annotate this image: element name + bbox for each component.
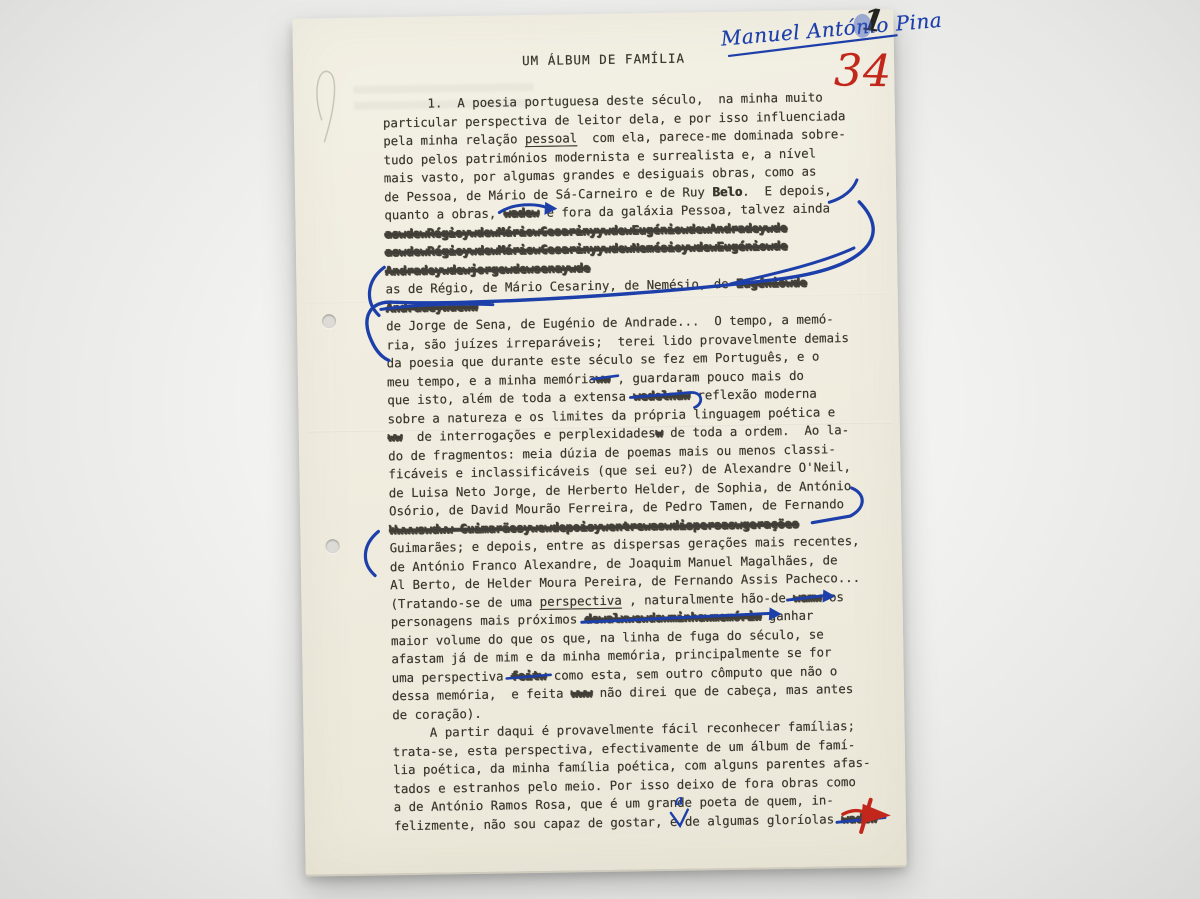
clip-imprint-mark	[317, 71, 336, 142]
blue-paren-line11	[369, 267, 385, 315]
handwritten-archive-number: 34	[834, 45, 893, 97]
typescript-body: 1. A poesia portuguesa deste século, na …	[383, 88, 877, 835]
insertion-letter: a	[674, 792, 685, 809]
punch-hole-icon	[325, 539, 339, 553]
document-title: UM ÁLBUM DE FAMÍLIA	[522, 51, 685, 70]
blue-paren-line25	[365, 531, 379, 575]
photo-backdrop: { "doc": { "title": "UM ÁLBUM DE FAMÍLIA…	[0, 0, 1200, 899]
punch-hole-icon	[322, 314, 336, 328]
manuscript-page: UM ÁLBUM DE FAMÍLIA 1. A poesia portugue…	[292, 9, 906, 874]
